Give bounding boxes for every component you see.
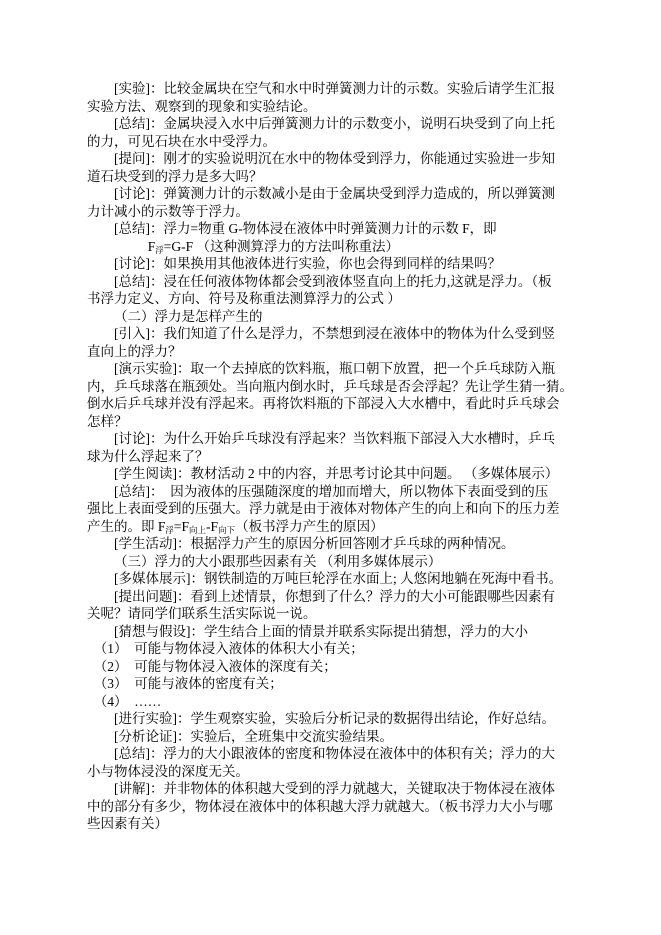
text-run: =G-F （这种测算浮力的方法叫称重法） bbox=[164, 239, 399, 254]
text-line: [演示实验]：取一个去掉底的饮料瓶，瓶口朝下放置，把一个乒乓球防入瓶 bbox=[87, 360, 587, 378]
formula-subscript: 向上 bbox=[189, 525, 206, 535]
text-line: 怎样？ bbox=[87, 413, 587, 431]
text-run: [讨论]：弹簧测力计的示数减小是由于金属块受到浮力造成的，所以弹簧测 bbox=[114, 186, 555, 201]
text-run: （板书浮力产生的原因） bbox=[235, 519, 384, 534]
text-run: [分析论证]：实验后，全班集中交流实验结果。 bbox=[114, 729, 393, 744]
text-line: [猜想与假设]：学生结合上面的情景并联系实际提出猜想，浮力的大小 bbox=[87, 623, 587, 641]
text-line: 书浮力定义、方向、符号及称重法测算浮力的公式 ） bbox=[87, 290, 587, 308]
text-run: 球为什么浮起来了？ bbox=[87, 449, 209, 464]
text-line: [引入]：我们知道了什么是浮力，不禁想到浸在液体中的物体为什么受到竖 bbox=[87, 325, 587, 343]
text-run: [演示实验]：取一个去掉底的饮料瓶，瓶口朝下放置，把一个乒乓球防入瓶 bbox=[114, 361, 555, 376]
text-run: [总结]：浮力=物重 G-物体浸在液体中时弹簧测力计的示数 F，即 bbox=[114, 221, 497, 236]
text-run: 怎样？ bbox=[87, 414, 128, 429]
text-line: [进行实验]：学生观察实验，实验后分析记录的数据得出结论，作好总结。 bbox=[87, 710, 587, 728]
text-run: [学生活动]：根据浮力产生的原因分析回答刚才乒乓球的两种情况。 bbox=[114, 536, 515, 551]
text-line: （三）浮力的大小跟那些因素有关 （利用多媒体展示） bbox=[87, 553, 587, 571]
text-run: [总结]：浸在任何液体物体都会受到液体竖直向上的托力,这就是浮力。（板 bbox=[114, 274, 552, 289]
text-line: [讲解]：并非物体的体积越大受到的浮力就越大，关键取决于物体浸在液体 bbox=[87, 780, 587, 798]
text-run: 道石块受到的浮力是多大吗？ bbox=[87, 169, 263, 184]
text-line: [多媒体展示]：钢铁制造的万吨巨轮浮在水面上; 人悠闲地躺在死海中看书。 bbox=[87, 570, 587, 588]
text-run: [进行实验]：学生观察实验，实验后分析记录的数据得出结论，作好总结。 bbox=[114, 711, 555, 726]
text-line: [实验]：比较金属块在空气和水中时弹簧测力计的示数。实验后请学生汇报 bbox=[87, 80, 587, 98]
text-line: 实验方法、观察到的现象和实验结论。 bbox=[87, 98, 587, 116]
text-line: [总结]：浮力=物重 G-物体浸在液体中时弹簧测力计的示数 F，即 bbox=[87, 220, 587, 238]
text-line: [分析论证]：实验后，全班集中交流实验结果。 bbox=[87, 728, 587, 746]
text-run: [实验]：比较金属块在空气和水中时弹簧测力计的示数。实验后请学生汇报 bbox=[114, 81, 555, 96]
text-line: [学生阅读]：教材活动 2 中的内容，并思考讨论其中问题。 （多媒体展示） bbox=[87, 465, 587, 483]
text-line: 的力，可见石块在水中受浮力。 bbox=[87, 133, 587, 151]
text-line: [总结]：金属块浸入水中后弹簧测力计的示数变小，说明石块受到了向上托 bbox=[87, 115, 587, 133]
text-line: [提问]：刚才的实验说明沉在水中的物体受到浮力，你能通过实验进一步知 bbox=[87, 150, 587, 168]
lesson-plan-text: [实验]：比较金属块在空气和水中时弹簧测力计的示数。实验后请学生汇报实验方法、观… bbox=[87, 80, 587, 833]
text-line: 球为什么浮起来了？ bbox=[87, 448, 587, 466]
text-run: （三）浮力的大小跟那些因素有关 （利用多媒体展示） bbox=[114, 554, 441, 569]
text-line: 倒水后乒乓球并没有浮起来。再将饮料瓶的下部浸入大水槽中，看此时乒乓球会 bbox=[87, 395, 587, 413]
text-run: [总结]：浮力的大小跟液体的密度和物体浸在液体中的体积有关；浮力的大 bbox=[114, 746, 555, 761]
text-run: （3） 可能与液体的密度有关； bbox=[94, 676, 283, 691]
document-page: [实验]：比较金属块在空气和水中时弹簧测力计的示数。实验后请学生汇报实验方法、观… bbox=[0, 0, 661, 935]
text-line: 道石块受到的浮力是多大吗？ bbox=[87, 168, 587, 186]
text-run: 力计减小的示数等于浮力。 bbox=[87, 204, 249, 219]
formula-subscript: 浮 bbox=[165, 525, 174, 535]
text-run: 倒水后乒乓球并没有浮起来。再将饮料瓶的下部浸入大水槽中，看此时乒乓球会 bbox=[87, 396, 560, 411]
text-run: [总结]：金属块浸入水中后弹簧测力计的示数变小，说明石块受到了向上托 bbox=[114, 116, 555, 131]
text-line: [总结]： 因为液体的压强随深度的增加而增大，所以物体下表面受到的压 bbox=[87, 483, 587, 501]
text-run: 关呢？请同学们联系生活实际说一说。 bbox=[87, 606, 317, 621]
text-run: [引入]：我们知道了什么是浮力，不禁想到浸在液体中的物体为什么受到竖 bbox=[114, 326, 555, 341]
text-line: [提出问题]：看到上述情景，你想到了什么？浮力的大小可能跟哪些因素有 bbox=[87, 588, 587, 606]
text-run: [多媒体展示]：钢铁制造的万吨巨轮浮在水面上; 人悠闲地躺在死海中看书。 bbox=[114, 571, 562, 586]
text-run: [讨论]：如果换用其他液体进行实验，你也会得到同样的结果吗？ bbox=[114, 256, 501, 271]
text-line: （二）浮力是怎样产生的 bbox=[87, 308, 587, 326]
text-line: [学生活动]：根据浮力产生的原因分析回答刚才乒乓球的两种情况。 bbox=[87, 535, 587, 553]
text-run: 些因素有关） bbox=[87, 816, 168, 831]
text-run: 中的部分有多少，物体浸在液体中的体积越大浮力就越大。（板书浮力大小与哪 bbox=[87, 799, 553, 814]
text-run: （二）浮力是怎样产生的 bbox=[114, 309, 263, 324]
text-line: [总结]：浮力的大小跟液体的密度和物体浸在液体中的体积有关；浮力的大 bbox=[87, 745, 587, 763]
text-run: [猜想与假设]：学生结合上面的情景并联系实际提出猜想，浮力的大小 bbox=[114, 624, 528, 639]
text-run: 强比上表面受到的压强大。浮力就是由于液体对物体产生的向上和向下的压力差 bbox=[87, 501, 560, 516]
text-line: 关呢？请同学们联系生活实际说一说。 bbox=[87, 605, 587, 623]
text-run: 书浮力定义、方向、符号及称重法测算浮力的公式 ） bbox=[87, 291, 401, 306]
text-run: [提问]：刚才的实验说明沉在水中的物体受到浮力，你能通过实验进一步知 bbox=[114, 151, 555, 166]
text-run: 实验方法、观察到的现象和实验结论。 bbox=[87, 99, 317, 114]
text-run: 的力，可见石块在水中受浮力。 bbox=[87, 134, 276, 149]
text-run: 小与物体浸没的深度无关。 bbox=[87, 764, 249, 779]
text-line: F浮=G-F （这种测算浮力的方法叫称重法） bbox=[87, 238, 587, 256]
text-line: 中的部分有多少，物体浸在液体中的体积越大浮力就越大。（板书浮力大小与哪 bbox=[87, 798, 587, 816]
text-run: [学生阅读]：教材活动 2 中的内容，并思考讨论其中问题。 （多媒体展示） bbox=[114, 466, 558, 481]
text-line: [讨论]：如果换用其他液体进行实验，你也会得到同样的结果吗？ bbox=[87, 255, 587, 273]
text-run: （4） …… bbox=[94, 694, 162, 709]
text-line: [总结]：浸在任何液体物体都会受到液体竖直向上的托力,这就是浮力。（板 bbox=[87, 273, 587, 291]
text-line: 些因素有关） bbox=[87, 815, 587, 833]
text-line: 力计减小的示数等于浮力。 bbox=[87, 203, 587, 221]
text-line: 小与物体浸没的深度无关。 bbox=[87, 763, 587, 781]
text-line: （3） 可能与液体的密度有关； bbox=[87, 675, 587, 693]
text-run: =F bbox=[174, 519, 189, 534]
text-line: （2） 可能与物体浸入液体的深度有关； bbox=[87, 658, 587, 676]
text-line: （1） 可能与物体浸入液体的体积大小有关； bbox=[87, 640, 587, 658]
text-line: 产生的。即 F浮=F向上-F向下（板书浮力产生的原因） bbox=[87, 518, 587, 536]
formula-subscript: 向下 bbox=[218, 525, 235, 535]
text-line: 内，乒乓球落在瓶颈处。当向瓶内倒水时，乒乓球是否会浮起？先让学生猜一猜。 bbox=[87, 378, 587, 396]
text-run: [提出问题]：看到上述情景，你想到了什么？浮力的大小可能跟哪些因素有 bbox=[114, 589, 555, 604]
text-line: [讨论]：为什么开始乒乓球没有浮起来？当饮料瓶下部浸入大水槽时，乒乓 bbox=[87, 430, 587, 448]
text-run: （1） 可能与物体浸入液体的体积大小有关； bbox=[94, 641, 364, 656]
text-line: 强比上表面受到的压强大。浮力就是由于液体对物体产生的向上和向下的压力差 bbox=[87, 500, 587, 518]
text-line: [讨论]：弹簧测力计的示数减小是由于金属块受到浮力造成的，所以弹簧测 bbox=[87, 185, 587, 203]
text-run: [讲解]：并非物体的体积越大受到的浮力就越大，关键取决于物体浸在液体 bbox=[114, 781, 555, 796]
text-run: 直向上的浮力？ bbox=[87, 344, 182, 359]
text-run: [总结]： 因为液体的压强随深度的增加而增大，所以物体下表面受到的压 bbox=[114, 484, 548, 499]
formula-subscript: 浮 bbox=[155, 245, 164, 255]
text-run: 产生的。即 F bbox=[87, 519, 165, 534]
text-run: -F bbox=[206, 519, 218, 534]
text-line: 直向上的浮力？ bbox=[87, 343, 587, 361]
text-run: [讨论]：为什么开始乒乓球没有浮起来？当饮料瓶下部浸入大水槽时，乒乓 bbox=[114, 431, 555, 446]
text-line: （4） …… bbox=[87, 693, 587, 711]
text-run: （2） 可能与物体浸入液体的深度有关； bbox=[94, 659, 337, 674]
text-run: 内，乒乓球落在瓶颈处。当向瓶内倒水时，乒乓球是否会浮起？先让学生猜一猜。 bbox=[87, 379, 573, 394]
